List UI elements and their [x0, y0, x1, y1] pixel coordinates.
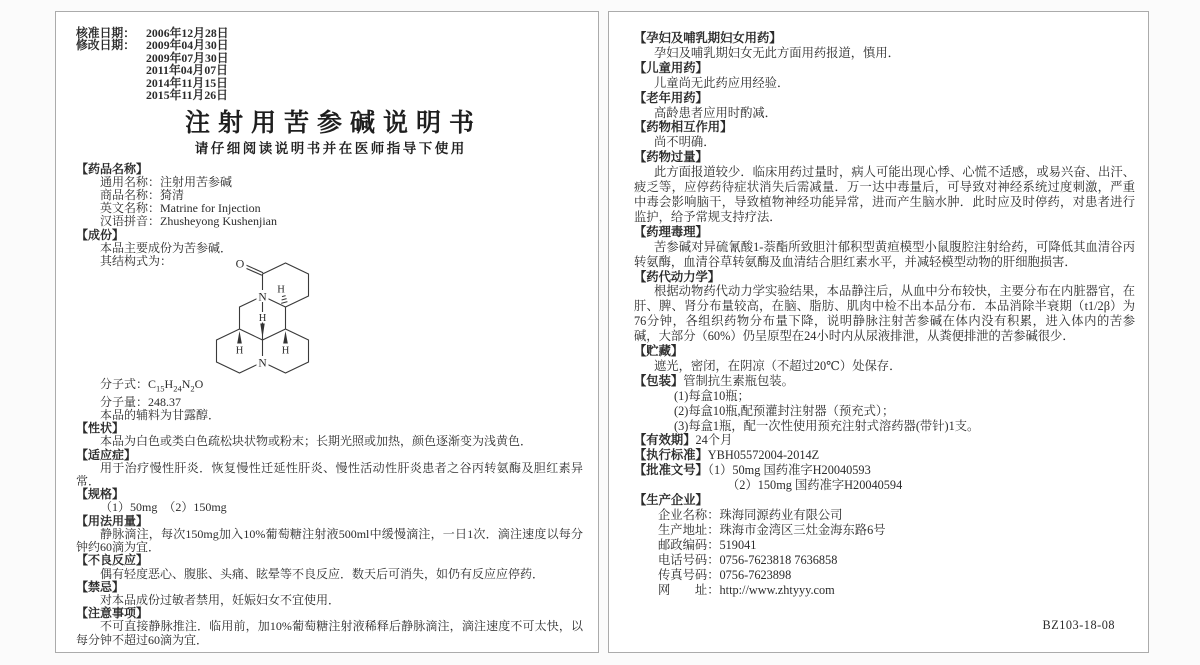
section-pharmacokinetics: 【药代动力学】 根据动物药代动力学实验结果，本品静注后，从血中分布较快，主要分布…	[634, 270, 1135, 345]
section-dosage: 【用法用量】 静脉滴注，每次150mg加入10%葡萄糖注射液500ml中缓慢滴注…	[76, 515, 583, 555]
section-validity: 【有效期】24个月	[634, 433, 1135, 448]
insert-subtitle: 请仔细阅读说明书并在医师指导下使用	[76, 142, 583, 155]
atom-o-label: O	[236, 257, 245, 271]
section-storage-header: 【贮藏】	[634, 344, 1135, 359]
section-packaging-header-line: 【包装】管制抗生素瓶包装。	[634, 374, 1135, 389]
matrine-structure-diagram: O N N H H H H	[202, 254, 328, 380]
section-strength-body: （1）50mg （2）150mg	[76, 501, 583, 514]
section-elderly: 【老年用药】 高龄患者应用时酌减．	[634, 91, 1135, 121]
section-elderly-header: 【老年用药】	[634, 91, 1135, 106]
manufacturer-row: 邮政编码：519041	[634, 538, 1135, 553]
manufacturer-row: 企业名称：珠海同源药业有限公司	[634, 508, 1135, 523]
revised-date-row: 修改日期： 2009年04月30日	[76, 39, 583, 51]
manufacturer-row: 生产地址：珠海市金湾区三灶金海东路6号	[634, 523, 1135, 538]
section-pregnancy-body: 孕妇及哺乳期妇女无此方面用药报道，慎用．	[634, 46, 1135, 61]
packaging-item: (2)每盒10瓶,配预灌封注射器（预充式）；	[634, 404, 1135, 419]
standard-value: YBH05572004-2014Z	[708, 448, 819, 462]
section-adverse-reactions-header: 【不良反应】	[76, 554, 583, 567]
section-approval-number: 【批准文号】（1）50mg 国药准字H20040593 （2）150mg 国药准…	[634, 463, 1135, 493]
manufacturer-row: 电话号码：0756-7623818 7636858	[634, 553, 1135, 568]
insert-left-page: 核准日期： 2006年12月28日 修改日期： 2009年04月30日 2009…	[55, 11, 599, 653]
section-packaging: 【包装】管制抗生素瓶包装。 (1)每盒10瓶； (2)每盒10瓶,配预灌封注射器…	[634, 374, 1135, 434]
section-pharmacokinetics-body: 根据动物药代动力学实验结果，本品静注后，从血中分布较快，主要分布在内脏器官，在肝…	[634, 284, 1135, 344]
manufacturer-row: 传真号码：0756-7623898	[634, 568, 1135, 583]
section-storage: 【贮藏】 遮光，密闭，在阴凉（不超过20℃）处保存．	[634, 344, 1135, 374]
molecular-weight: 248.37	[148, 395, 181, 409]
atom-h-label: H	[236, 346, 244, 357]
section-children-body: 儿童尚无此药应用经验．	[634, 76, 1135, 91]
atom-h-label: H	[259, 313, 267, 324]
section-drug-interaction-body: 尚不明确．	[634, 135, 1135, 150]
section-properties-body: 本品为白色或类白色疏松块状物或粉末；长期光照或加热，颜色逐渐变为浅黄色．	[76, 435, 583, 448]
section-pregnancy: 【孕妇及哺乳期妇女用药】 孕妇及哺乳期妇女无此方面用药报道，慎用．	[634, 31, 1135, 61]
section-drug-name: 【药品名称】 通用名称：注射用苦参碱 商品名称：猗清 英文名称：Matrine …	[76, 163, 583, 229]
section-pregnancy-header: 【孕妇及哺乳期妇女用药】	[634, 31, 1135, 46]
approval-number-1: （1）50mg 国药准字H20040593	[708, 463, 871, 477]
section-indications-body: 用于治疗慢性肝炎．恢复慢性迁延性肝炎、慢性活动性肝炎患者之谷丙转氨酶及胆红素异常…	[76, 462, 583, 488]
revised-date-value: 2009年04月30日	[146, 39, 229, 51]
molecular-formula-line: 分子式：C15H24N2O	[76, 378, 583, 396]
section-composition-header: 【成份】	[76, 229, 583, 242]
section-elderly-body: 高龄患者应用时酌减．	[634, 106, 1135, 121]
section-overdose-header: 【药物过量】	[634, 150, 1135, 165]
section-children: 【儿童用药】 儿童尚无此药应用经验．	[634, 61, 1135, 91]
section-pharmacology-header: 【药理毒理】	[634, 225, 1135, 240]
molecular-formula: C15H24N2O	[148, 377, 203, 391]
atom-n-label: N	[258, 292, 267, 304]
revised-date-value: 2011年04月07日	[146, 64, 228, 76]
section-dosage-header: 【用法用量】	[76, 515, 583, 528]
section-standard: 【执行标准】YBH05572004-2014Z	[634, 448, 1135, 463]
revised-date-value: 2015年11月26日	[146, 89, 228, 101]
approval-number-2: （2）150mg 国药准字H20040594	[634, 478, 1135, 493]
approval-dates: 核准日期： 2006年12月28日 修改日期： 2009年04月30日 2009…	[76, 27, 583, 101]
drug-name-row: 汉语拼音：Zhusheyong Kushenjian	[76, 215, 583, 228]
section-adverse-reactions: 【不良反应】 偶有轻度恶心、腹胀、头痛、眩晕等不良反应．数天后可消失，如仍有反应…	[76, 554, 583, 580]
section-precautions-body: 不可直接静脉推注．临用前，加10%葡萄糖注射液稀释后静脉滴注，滴注速度不可太快，…	[76, 620, 583, 646]
section-indications-header: 【适应症】	[76, 449, 583, 462]
atom-n-label: N	[258, 358, 267, 370]
section-precautions: 【注意事项】 不可直接静脉推注．临用前，加10%葡萄糖注射液稀释后静脉滴注，滴注…	[76, 607, 583, 647]
section-drug-interaction: 【药物相互作用】 尚不明确．	[634, 120, 1135, 150]
insert-code: BZ103-18-08	[1043, 618, 1115, 633]
atom-h-label: H	[277, 285, 285, 296]
section-children-header: 【儿童用药】	[634, 61, 1135, 76]
section-manufacturer-header: 【生产企业】	[634, 493, 1135, 508]
section-strength: 【规格】 （1）50mg （2）150mg	[76, 488, 583, 514]
section-contraindications-body: 对本品成份过敏者禁用，妊娠妇女不宜使用．	[76, 594, 583, 607]
composition-line: 其结构式为：	[76, 255, 583, 268]
section-overdose: 【药物过量】 此方面报道较少．临床用药过量时，病人可能出现心悸、心慌不适感，或易…	[634, 150, 1135, 225]
insert-title: 注射用苦参碱说明书	[76, 110, 583, 137]
package-insert-scan: { "left": { "approved_label": "核准日期：", "…	[0, 0, 1200, 665]
section-drug-interaction-header: 【药物相互作用】	[634, 120, 1135, 135]
section-contraindications: 【禁忌】 对本品成份过敏者禁用，妊娠妇女不宜使用．	[76, 581, 583, 607]
section-indications: 【适应症】 用于治疗慢性肝炎．恢复慢性迁延性肝炎、慢性活动性肝炎患者之谷丙转氨酶…	[76, 449, 583, 489]
excipient-line: 本品的辅料为甘露醇．	[76, 409, 583, 422]
section-pharmacokinetics-header: 【药代动力学】	[634, 270, 1135, 285]
revised-date-label: 修改日期：	[76, 39, 146, 51]
section-contraindications-header: 【禁忌】	[76, 581, 583, 594]
section-composition: 【成份】 本品主要成份为苦参碱． 其结构式为： O N	[76, 229, 583, 423]
section-storage-body: 遮光，密闭，在阴凉（不超过20℃）处保存．	[634, 359, 1135, 374]
insert-right-page: 【孕妇及哺乳期妇女用药】 孕妇及哺乳期妇女无此方面用药报道，慎用． 【儿童用药】…	[608, 11, 1149, 653]
section-adverse-reactions-body: 偶有轻度恶心、腹胀、头痛、眩晕等不良反应．数天后可消失，如仍有反应应停药．	[76, 568, 583, 581]
section-overdose-body: 此方面报道较少．临床用药过量时，病人可能出现心悸、心慌不适感，或易兴奋、出汗、疲…	[634, 165, 1135, 225]
section-manufacturer: 【生产企业】 企业名称：珠海同源药业有限公司 生产地址：珠海市金湾区三灶金海东路…	[634, 493, 1135, 597]
section-pharmacology: 【药理毒理】 苦参碱对异硫氰酸1-萘酯所致胆汁郁积型黄疸模型小鼠腹腔注射给药，可…	[634, 225, 1135, 270]
packaging-item: (1)每盒10瓶；	[634, 389, 1135, 404]
manufacturer-row website-row: 网 址：http://www.zhtyyy.com	[634, 583, 1135, 598]
section-pharmacology-body: 苦参碱对异硫氰酸1-萘酯所致胆汁郁积型黄疸模型小鼠腹腔注射给药，可降低其血清谷丙…	[634, 240, 1135, 270]
website-url: http://www.zhtyyy.com	[720, 583, 835, 597]
section-dosage-body: 静脉滴注，每次150mg加入10%葡萄糖注射液500ml中缓慢滴注，一日1次．滴…	[76, 528, 583, 554]
validity-value: 24个月	[696, 433, 733, 447]
packaging-item: (3)每盒1瓶，配一次性使用预充注射式溶药器(带针)1支。	[634, 419, 1135, 434]
atom-h-label: H	[282, 346, 290, 357]
section-properties: 【性状】 本品为白色或类白色疏松块状物或粉末；长期光照或加热，颜色逐渐变为浅黄色…	[76, 422, 583, 448]
